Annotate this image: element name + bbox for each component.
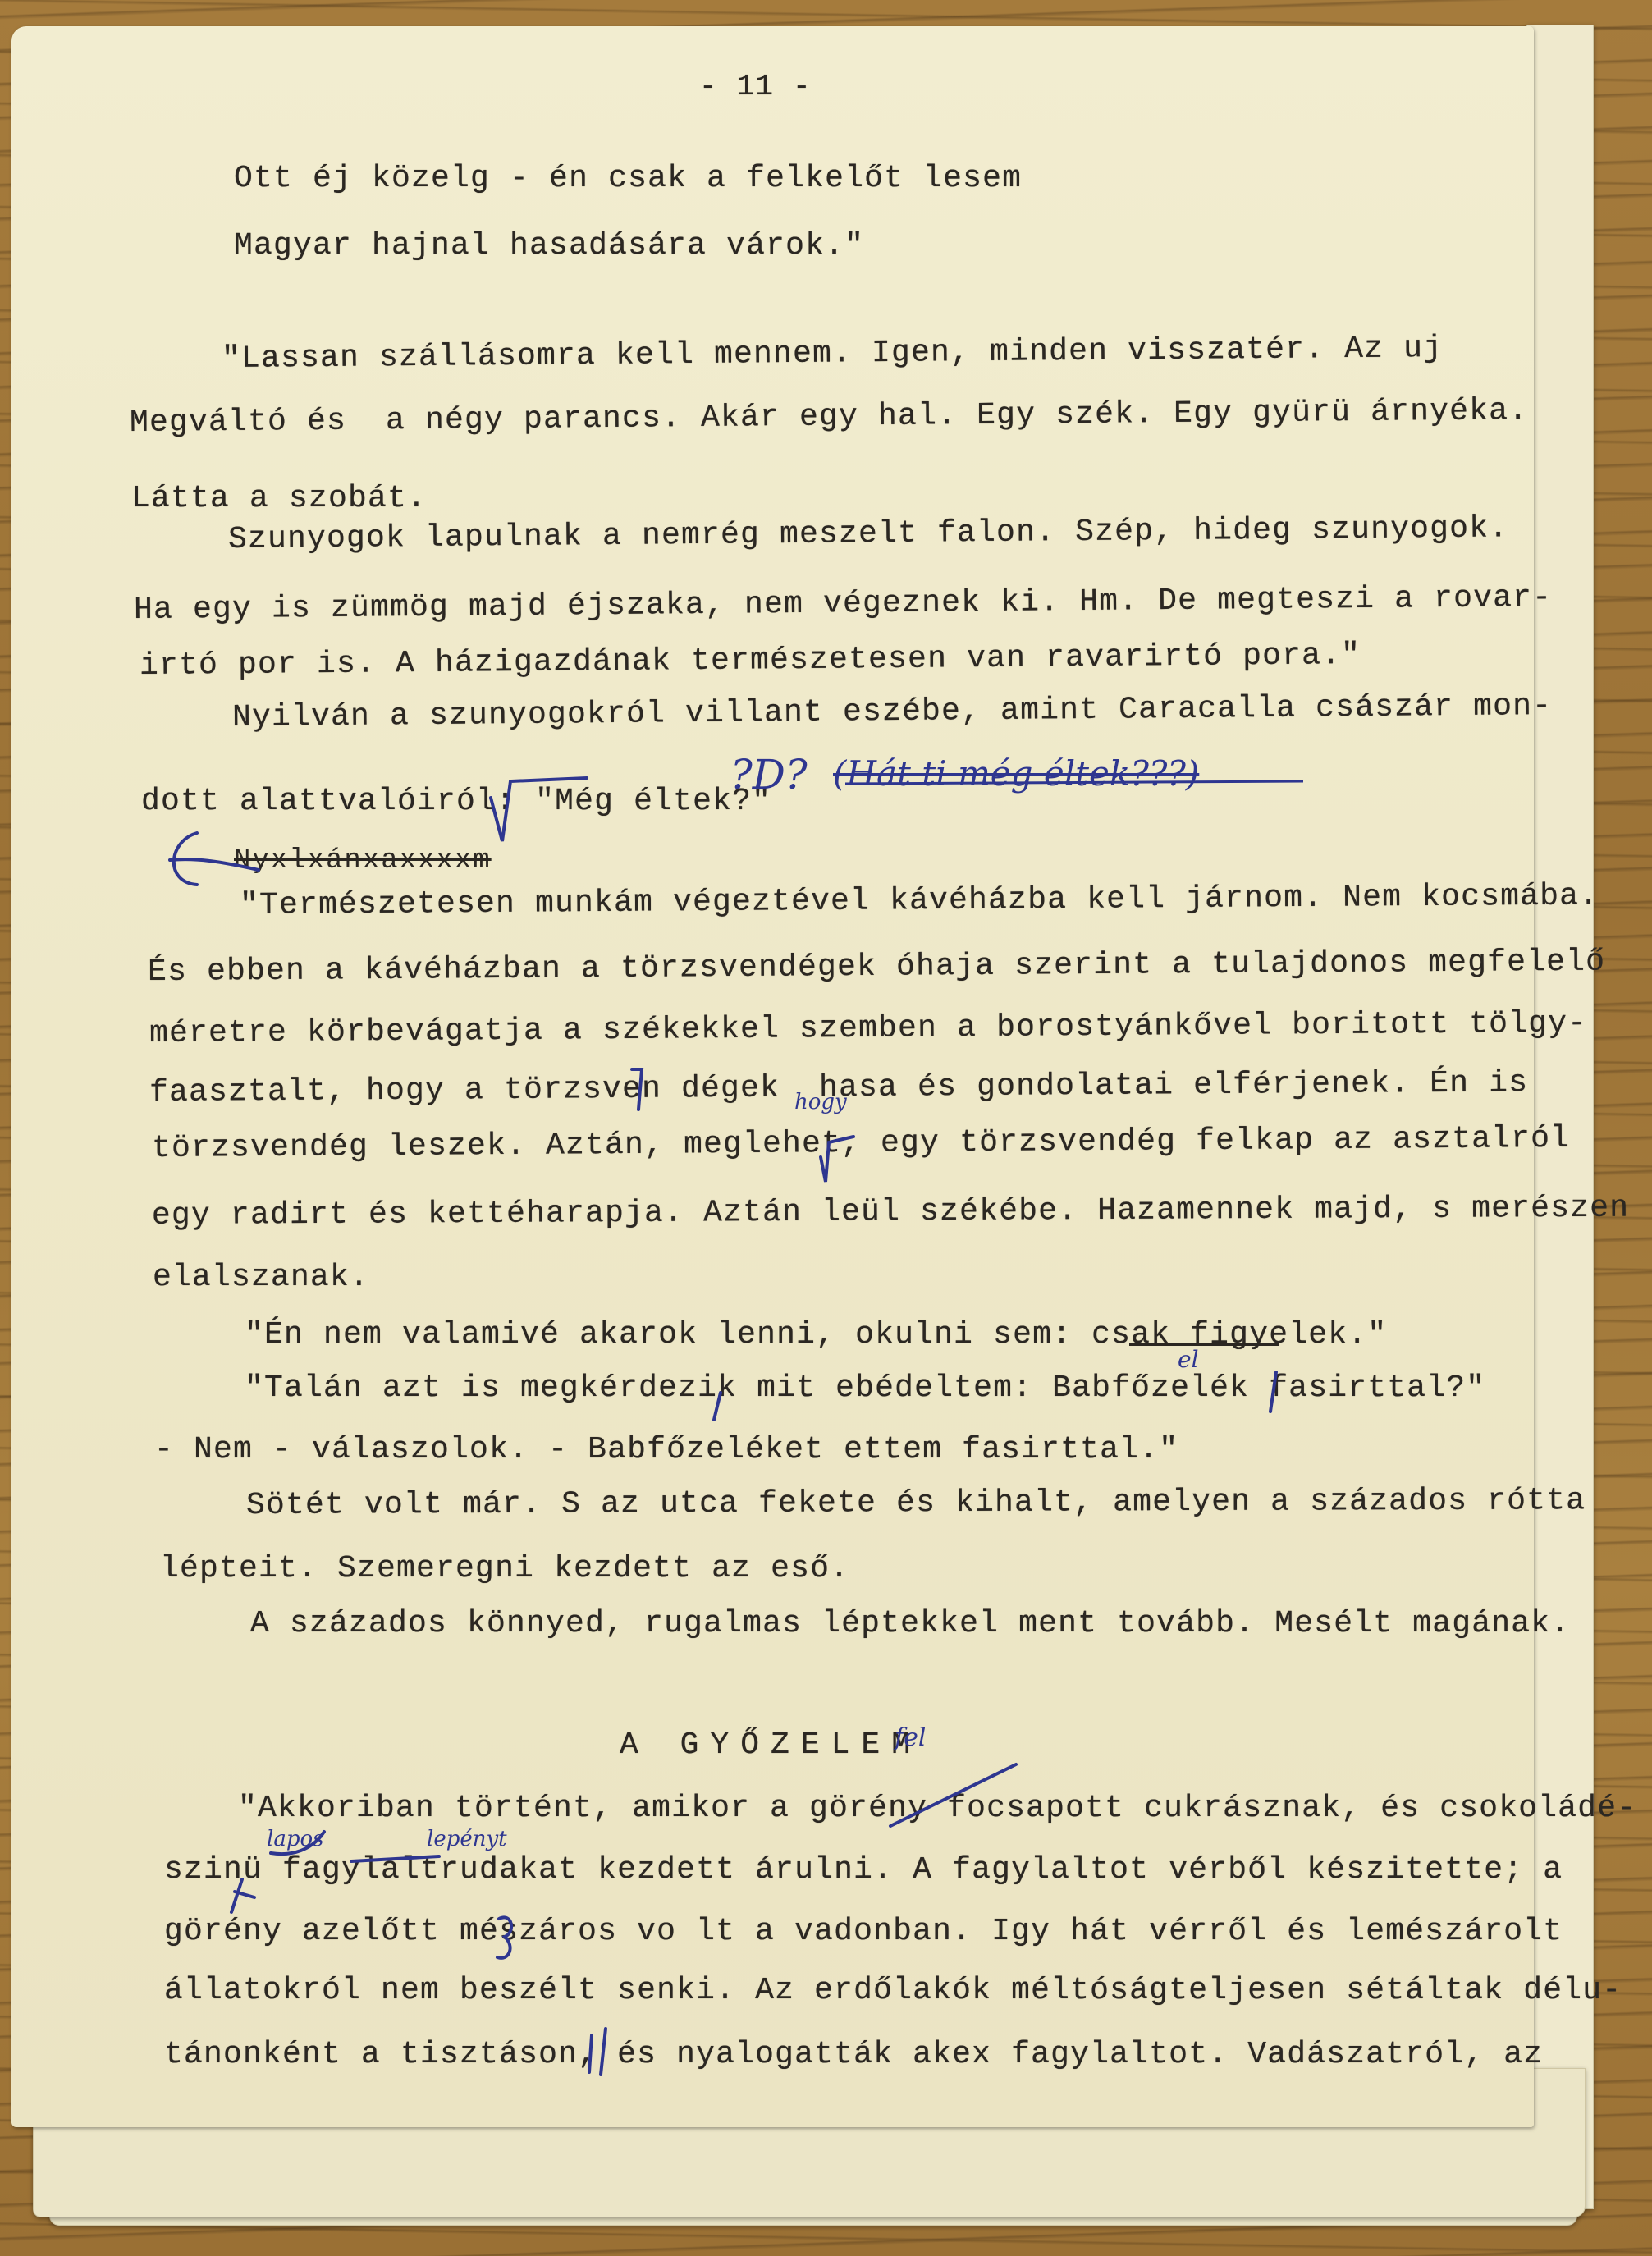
text-line-10: dott alattvalóiról: "Még éltek?" (141, 784, 771, 820)
text-line-2: Magyar hajnal hasadására várok." (234, 228, 864, 264)
text-line-16: egy radirt és kettéharapja. Aztán leül s… (152, 1191, 1629, 1234)
section-title: A GYŐZELEM (620, 1727, 922, 1764)
struck-typed-word: Nyxlxánxaxxxxm (234, 845, 492, 876)
text-line-5: Látta a szobát. (131, 481, 427, 517)
insert-el: el (1178, 1346, 1199, 1373)
insert-hogy: hogy (794, 1090, 847, 1114)
text-line-20: - Nem - válaszolok. - Babfőzeléket ettem… (154, 1432, 1178, 1468)
text-line-19: "Talán azt is megkérdezik mit ebédeltem:… (245, 1371, 1485, 1407)
text-line-27: állatokról nem beszélt senki. Az erdőlak… (164, 1973, 1622, 2009)
insert-lapos: lapos (267, 1827, 323, 1851)
text-line-24: "Akkoriban történt, amikor a görény focs… (238, 1791, 1636, 1827)
insert-fel: fel (895, 1723, 926, 1752)
underline-figyelek (1129, 1343, 1279, 1346)
text-line-26: görény azelőtt mészáros vo lt a vadonban… (164, 1914, 1563, 1950)
text-line-17: elalszanak. (153, 1260, 369, 1296)
page-number: - 11 - (699, 69, 812, 105)
insert-lepeny: lepényt (427, 1827, 507, 1851)
text-line-18: "Én nem valamivé akarok lenni, okulni se… (245, 1317, 1387, 1353)
struck-handwritten-note: (Hát ti még éltek???) (833, 753, 1199, 794)
text-line-23: A százados könnyed, rugalmas léptekkel m… (250, 1606, 1570, 1642)
text-line-1: Ott éj közelg - én csak a felkelőt lesem (234, 161, 1022, 197)
margin-query-mark: ?D? (730, 751, 808, 799)
text-line-21: Sötét volt már. S az utca fekete és kiha… (246, 1483, 1586, 1524)
text-line-28: tánonként a tisztáson, és nyalogatták ak… (164, 2037, 1543, 2073)
text-line-25: szinü fagylaltrudakat kezdett árulni. A … (164, 1852, 1563, 1888)
text-line-22: lépteit. Szemeregni kezdett az eső. (160, 1551, 849, 1587)
